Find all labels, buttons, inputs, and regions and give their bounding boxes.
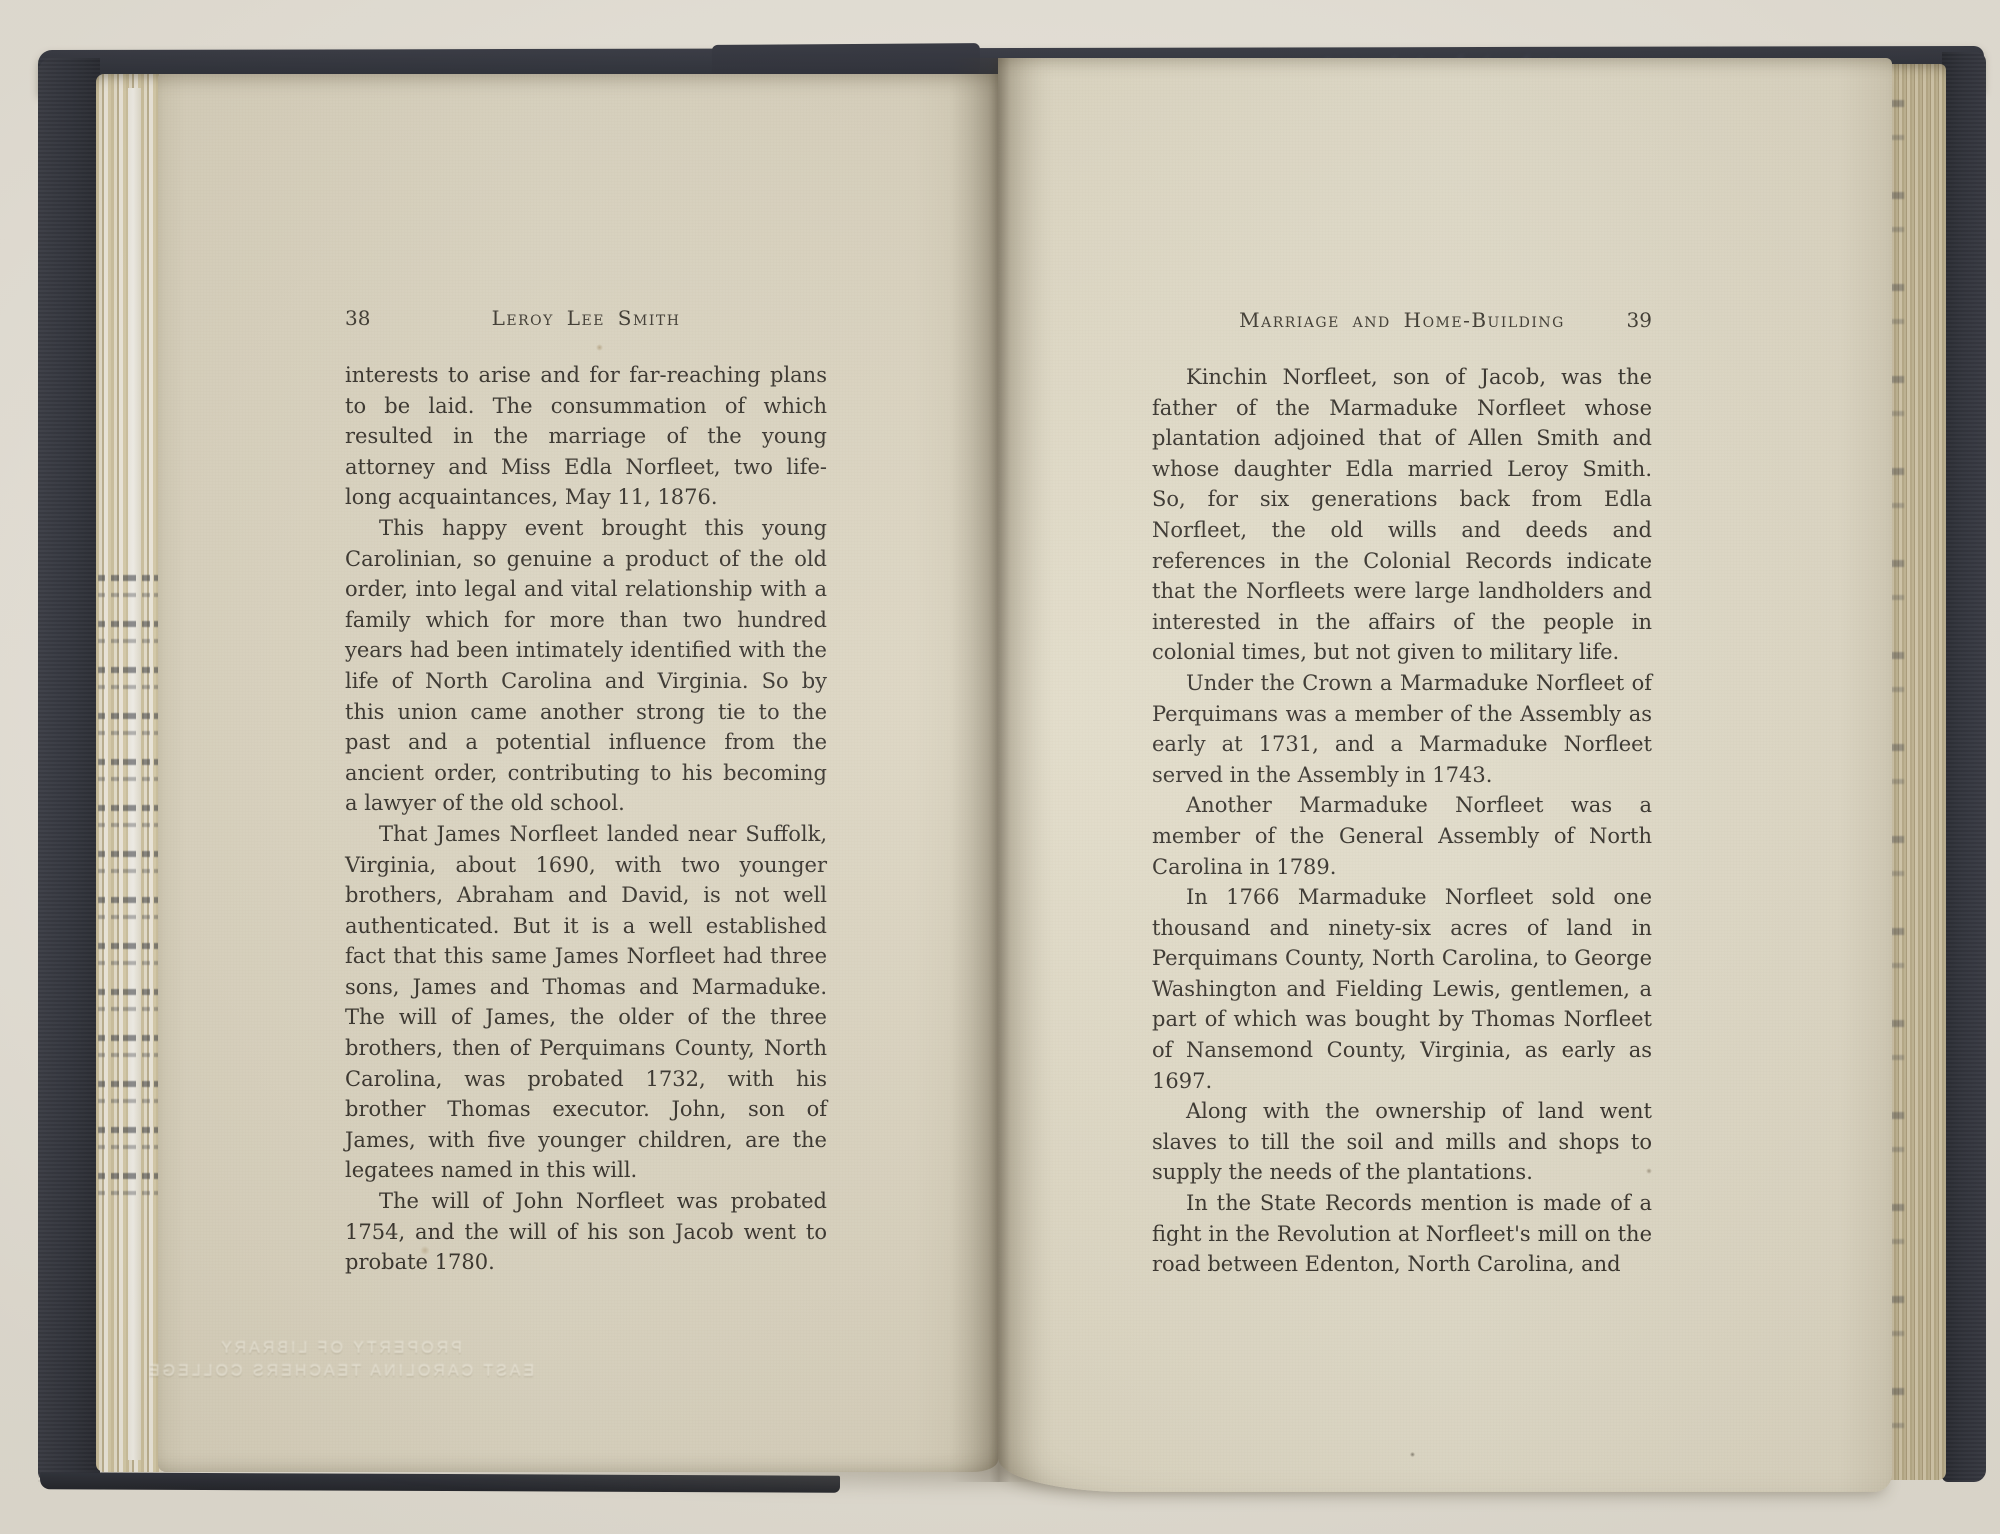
- right-page-body-text: Kinchin Norfleet, son of Jacob, was the …: [1152, 362, 1652, 1280]
- left-header-title: Leroy Lee Smith: [345, 306, 827, 330]
- library-ownership-stamp-mirrored: PROPERTY OF LIBRARY EAST CAROLINA TEACHE…: [140, 1338, 540, 1384]
- book-cover-left-edge: [38, 58, 100, 1482]
- paragraph: This happy event brought this young Caro…: [345, 513, 827, 819]
- right-running-header: Marriage and Home-Building 39: [1152, 308, 1652, 338]
- paragraph: That James Norfleet landed near Suffolk,…: [345, 819, 827, 1186]
- paragraph: Under the Crown a Marmaduke Norfleet of …: [1152, 668, 1652, 790]
- right-page-number: 39: [1627, 308, 1652, 332]
- paragraph: The will of John Norfleet was probated 1…: [345, 1186, 827, 1278]
- paragraph: interests to arise and for far-reaching …: [345, 360, 827, 513]
- paragraph: In the State Records mention is made of …: [1152, 1188, 1652, 1280]
- paragraph: Kinchin Norfleet, son of Jacob, was the …: [1152, 362, 1652, 668]
- book-scan: 38 Leroy Lee Smith interests to arise an…: [0, 0, 2000, 1534]
- paragraph: Along with the ownership of land went sl…: [1152, 1096, 1652, 1188]
- paragraph: Another Marmaduke Norfleet was a member …: [1152, 790, 1652, 882]
- stamp-line-1: PROPERTY OF LIBRARY: [140, 1338, 540, 1360]
- paragraph: In 1766 Marmaduke Norfleet sold one thou…: [1152, 882, 1652, 1096]
- book-cover-right-edge: [1942, 52, 1986, 1482]
- stamp-line-2: EAST CAROLINA TEACHERS COLLEGE: [140, 1360, 540, 1384]
- left-page-body-text: interests to arise and for far-reaching …: [345, 360, 827, 1278]
- left-running-header: 38 Leroy Lee Smith: [345, 306, 827, 336]
- fore-edge-ink-marks: [98, 566, 160, 1214]
- right-header-title: Marriage and Home-Building: [1152, 308, 1652, 332]
- left-page-number: 38: [345, 306, 370, 330]
